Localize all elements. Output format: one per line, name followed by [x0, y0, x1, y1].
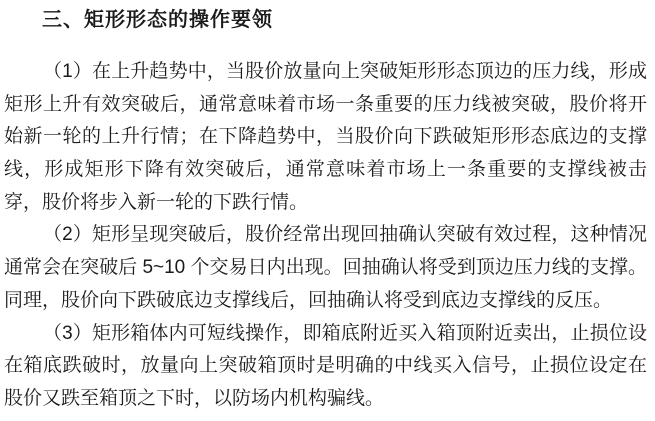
text-line: （3）矩形箱体内可短线操作，即箱底附近买入箱顶附近卖出，止损位设 [4, 318, 647, 351]
text-line: 通常会在突破后 5~10 个交易日内出现。回抽确认将受到顶边压力线的支撑。 [4, 252, 647, 285]
text-line: 线，形成矩形下降有效突破后，通常意味着市场上一条重要的支撑线被击 [4, 154, 647, 187]
text-line: 股价又跌至箱顶之下时，以防场内机构骗线。 [4, 383, 647, 416]
document-page: 三、矩形形态的操作要领 （1）在上升趋势中，当股价放量向上突破矩形形态顶边的压力… [0, 0, 655, 421]
text-line: 矩形上升有效突破后，通常意味着市场一条重要的压力线被突破，股价将开 [4, 89, 647, 122]
section-title: 三、矩形形态的操作要领 [42, 8, 647, 32]
text-line: 在箱底跌破时，放量向上突破箱顶时是明确的中线买入信号，止损位设定在 [4, 350, 647, 383]
text-line: 始新一轮的上升行情；在下降趋势中，当股价向下跌破矩形形态底边的支撑 [4, 121, 647, 154]
text-line: （2）矩形呈现突破后，股价经常出现回抽确认突破有效过程，这种情况 [4, 219, 647, 252]
document-body: （1）在上升趋势中，当股价放量向上突破矩形形态顶边的压力线，形成 矩形上升有效突… [4, 56, 647, 416]
text-line: 穿，股价将步入新一轮的下跌行情。 [4, 187, 647, 220]
text-line: （1）在上升趋势中，当股价放量向上突破矩形形态顶边的压力线，形成 [4, 56, 647, 89]
text-line: 同理，股价向下跌破底边支撑线后，回抽确认将受到底边支撑线的反压。 [4, 285, 647, 318]
